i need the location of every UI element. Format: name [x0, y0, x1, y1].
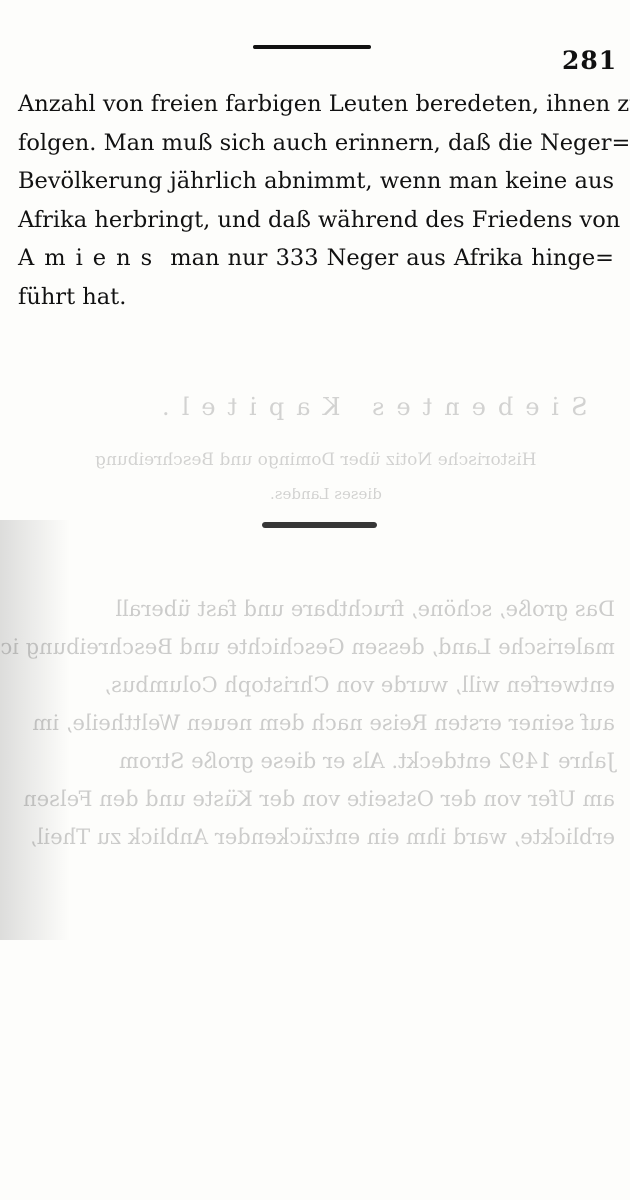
bleed-line: Jahre 1492 entdeckt. Als er diese große …: [20, 742, 615, 780]
bleed-line: Das große, schöne, fruchtbare und fast ü…: [20, 590, 615, 628]
bleed-line: am Ufer von der Ostseite von der Küste u…: [20, 780, 615, 818]
body-text: Anzahl von freien farbigen Leuten berede…: [18, 85, 614, 316]
spaced-word: Amiens: [18, 245, 162, 271]
page-number: 281: [562, 46, 617, 75]
header-rule: [253, 45, 371, 49]
bleed-through-subtitle: Historische Notiz über Domingo und Besch…: [95, 450, 537, 470]
bleed-line: entwerfen will, wurde von Christoph Colu…: [20, 666, 615, 704]
bleed-through-rule: [262, 522, 377, 528]
book-page: 281 Anzahl von freien farbigen Leuten be…: [0, 0, 630, 1200]
text-line: Anzahl von freien farbigen Leuten berede…: [18, 85, 614, 124]
text-line: führt hat.: [18, 278, 614, 317]
bleed-through-subtitle: dieses Landes.: [270, 485, 382, 503]
text-line: Afrika herbringt, und daß während des Fr…: [18, 201, 614, 240]
text-line: Bevölkerung jährlich abnimmt, wenn man k…: [18, 162, 614, 201]
bleed-through-chapter-title: Siebentes Kapitel.: [150, 393, 588, 421]
bleed-line: auf seiner ersten Reise nach dem neuen W…: [20, 704, 615, 742]
bleed-line: malerische Land, dessen Geschichte und B…: [20, 628, 615, 666]
bleed-through-paragraph: Das große, schöne, fruchtbare und fast ü…: [20, 590, 615, 856]
text-line: folgen. Man muß sich auch erinnern, daß …: [18, 124, 614, 163]
text-line: Amiens man nur 333 Neger aus Afrika hing…: [18, 239, 614, 278]
bleed-line: erblickte, ward ihm ein entzückender Anb…: [20, 818, 615, 856]
